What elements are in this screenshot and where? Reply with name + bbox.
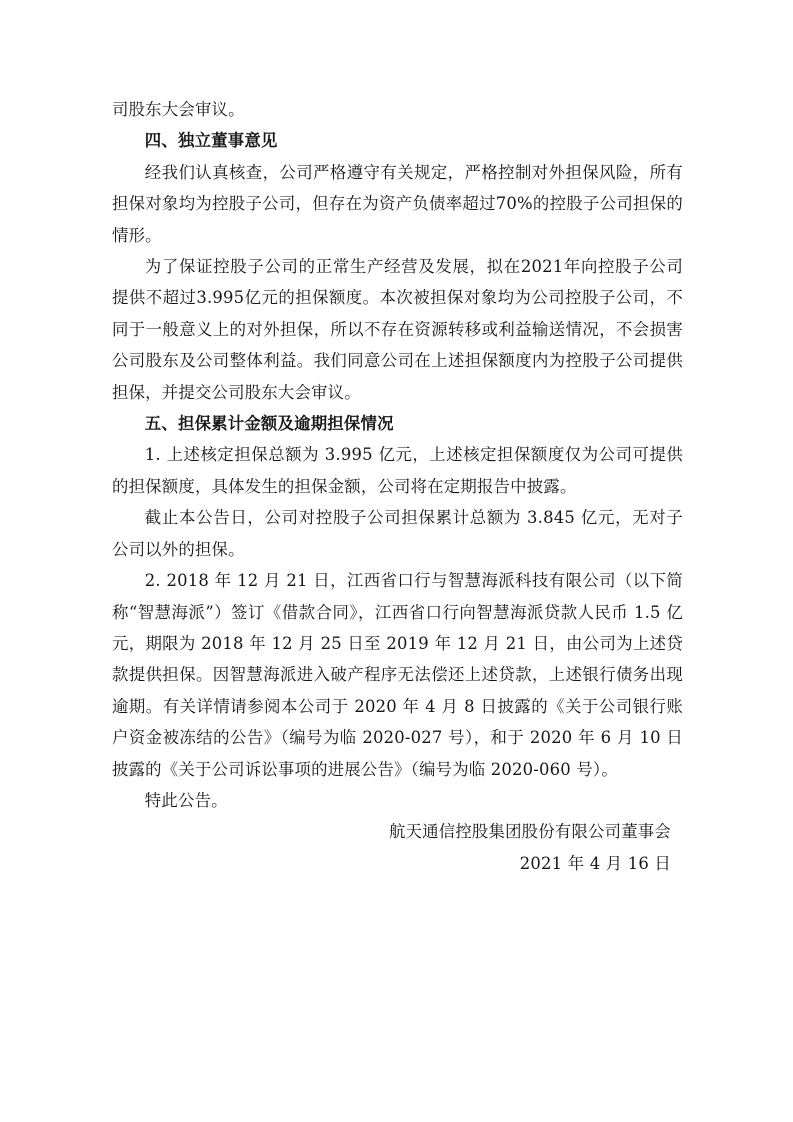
paragraph-continuation: 司股东大会审议。 xyxy=(112,94,683,125)
announcement-date: 2021 年 4 月 16 日 xyxy=(112,848,683,879)
paragraph-verification-statement: 经我们认真核查，公司严格遵守有关规定，严格控制对外担保风险，所有担保对象均为控股… xyxy=(112,157,683,251)
paragraph-cumulative-guarantee-total: 截止本公告日，公司对控股子公司担保累计总额为 3.845 亿元，无对子公司以外的… xyxy=(112,502,683,565)
paragraph-approved-guarantee-total: 1. 上述核定担保总额为 3.995 亿元，上述核定担保额度仅为公司可提供的担保… xyxy=(112,439,683,502)
signature-board-of-directors: 航天通信控股集团股份有限公司董事会 xyxy=(112,816,683,847)
document-text-block: 司股东大会审议。 四、独立董事意见 经我们认真核查，公司严格遵守有关规定，严格控… xyxy=(112,94,683,879)
paragraph-overdue-guarantee-detail: 2. 2018 年 12 月 21 日，江西省口行与智慧海派科技有限公司（以下简… xyxy=(112,565,683,785)
document-page: 司股东大会审议。 四、独立董事意见 经我们认真核查，公司严格遵守有关规定，严格控… xyxy=(0,0,793,1122)
section-heading-cumulative-guarantee: 五、担保累计金额及逾期担保情况 xyxy=(112,408,683,439)
paragraph-guarantee-quota-opinion: 为了保证控股子公司的正常生产经营及发展，拟在2021年向控股子公司提供不超过3.… xyxy=(112,251,683,408)
section-heading-independent-directors-opinion: 四、独立董事意见 xyxy=(112,125,683,156)
paragraph-closing-statement: 特此公告。 xyxy=(112,785,683,816)
